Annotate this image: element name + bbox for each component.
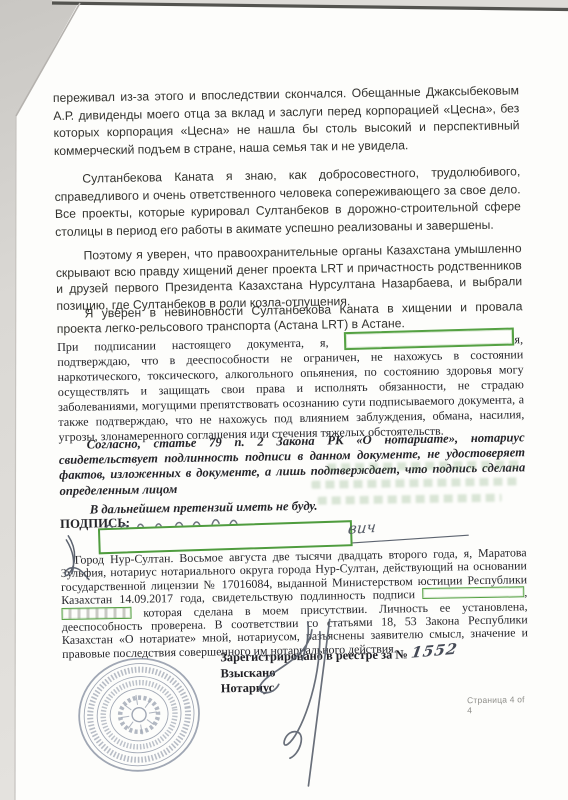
scanned-document-page: переживал из-за этого и впоследствии ско… (0, 0, 568, 800)
paragraph-dividends: переживал из-за этого и впоследствии ско… (53, 82, 520, 160)
page-number-footer: Страница 4 of 4 (467, 694, 529, 715)
handwritten-registry-number: 1552 (410, 642, 459, 660)
handwritten-signature-suffix: вич (347, 518, 377, 538)
registered-label: Зарегистрировано в реестре за № (220, 647, 411, 664)
registration-block: Зарегистрировано в реестре за № 1552 Взы… (220, 644, 521, 696)
paragraph-capacity-affirmation: При подписании настоящего документа, я, … (57, 328, 525, 445)
redaction-box-declarant-name (344, 328, 514, 351)
redaction-box-signer-name-2 (61, 606, 131, 619)
notary-round-seal-stamp (67, 645, 212, 785)
redaction-box-signer-name-1 (422, 587, 524, 600)
notary-text-mid: , (524, 585, 527, 599)
document-content: переживал из-за этого и впоследствии ско… (51, 0, 530, 800)
paragraph-character-reference: Султанбекова Каната я знаю, как добросов… (54, 163, 521, 241)
